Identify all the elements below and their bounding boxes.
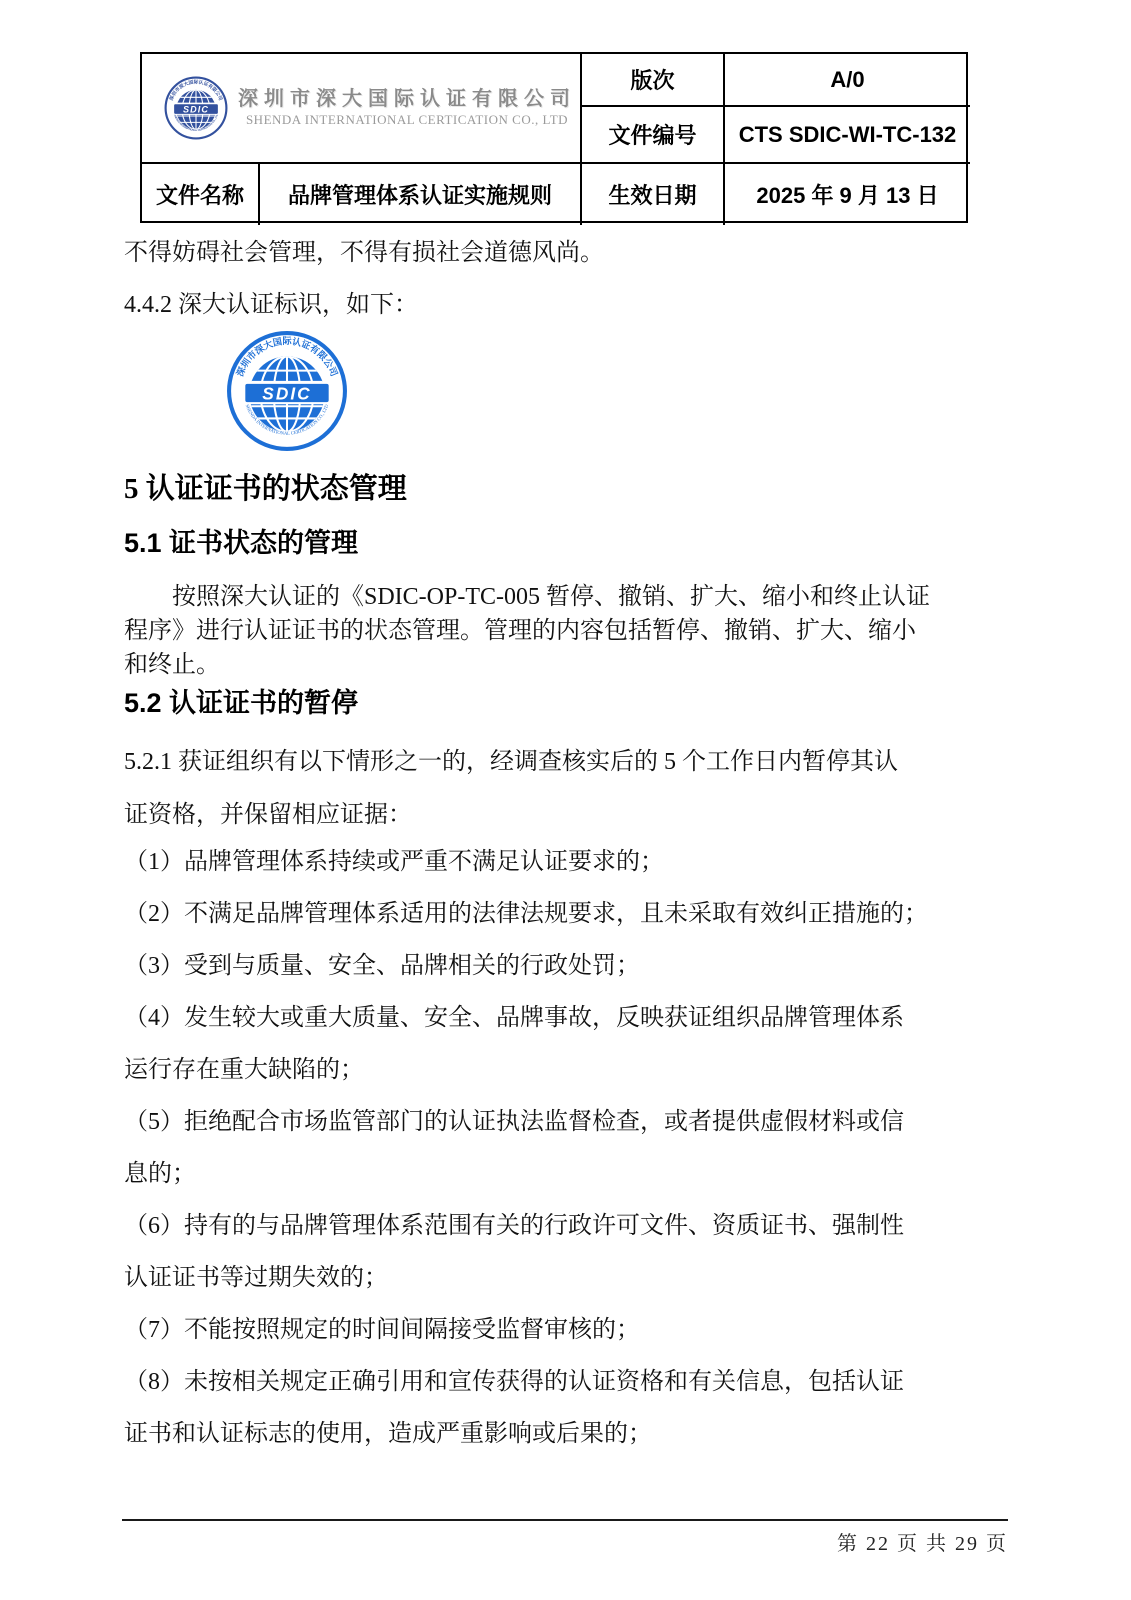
sdic-certification-mark-icon: 深圳市深大国际认证有限公司 SHENDA INTERNATIONAL CERTI… <box>226 330 348 452</box>
section-5-1-title: 5.1 证书状态的管理 <box>124 521 358 560</box>
document-page: 深圳市深大国际认证有限公司 SHENDA INTERNATIONAL CERTI… <box>0 0 1131 1600</box>
clause-4-4-2: 4.4.2 深大认证标识，如下： <box>124 284 1008 319</box>
doc-name-value: 品牌管理体系认证实施规则 <box>260 164 582 225</box>
list-item: （6）持有的与品牌管理体系范围有关的行政许可文件、资质证书、强制性 认证证书等过… <box>124 1200 1014 1304</box>
list-item: （8）未按相关规定正确引用和宣传获得的认证资格和有关信息，包括认证 证书和认证标… <box>124 1356 1014 1460</box>
doc-number-label: 文件编号 <box>582 107 725 164</box>
list-item: （3）受到与质量、安全、品牌相关的行政处罚； <box>124 940 1014 992</box>
company-names: 深圳市深大国际认证有限公司 SHENDA INTERNATIONAL CERTI… <box>238 87 576 128</box>
list-item: （7）不能按照规定的时间间隔接受监督审核的； <box>124 1304 1014 1356</box>
page-number: 第 22 页 共 29 页 <box>837 1533 1008 1555</box>
company-logo-cell: 深圳市深大国际认证有限公司 SHENDA INTERNATIONAL CERTI… <box>142 54 582 164</box>
list-item: （4）发生较大或重大质量、安全、品牌事故，反映获证组织品牌管理体系 运行存在重大… <box>124 992 1014 1096</box>
page-footer: 第 22 页 共 29 页 <box>122 1519 1008 1556</box>
version-value: A/0 <box>725 54 970 107</box>
version-label: 版次 <box>582 54 725 107</box>
section-5-title: 5 认证证书的状态管理 <box>124 466 407 507</box>
effective-date-label: 生效日期 <box>582 164 725 225</box>
logo-sdic-text: SDIC <box>183 105 209 115</box>
paragraph-intro: 不得妨碍社会管理，不得有损社会道德风尚。 <box>124 232 1008 267</box>
company-name-cn: 深圳市深大国际认证有限公司 <box>238 87 576 112</box>
header-table: 深圳市深大国际认证有限公司 SHENDA INTERNATIONAL CERTI… <box>140 52 968 223</box>
effective-date-value: 2025 年 9 月 13 日 <box>725 164 970 225</box>
section-5-1-paragraph: 按照深大认证的《SDIC-OP-TC-005 暂停、撤销、扩大、缩小和终止认证 … <box>124 580 1012 682</box>
clause-5-2-1: 5.2.1 获证组织有以下情形之一的，经调查核实后的 5 个工作日内暂停其认 证… <box>124 736 1012 842</box>
suspension-conditions-list: （1）品牌管理体系持续或严重不满足认证要求的； （2）不满足品牌管理体系适用的法… <box>124 836 1014 1460</box>
logo-sdic-text: SDIC <box>262 384 311 404</box>
list-item: （2）不满足品牌管理体系适用的法律法规要求，且未采取有效纠正措施的； <box>124 888 1014 940</box>
doc-name-label: 文件名称 <box>142 164 260 225</box>
list-item: （5）拒绝配合市场监管部门的认证执法监督检查，或者提供虚假材料或信 息的； <box>124 1096 1014 1200</box>
doc-number-value: CTS SDIC-WI-TC-132 <box>725 107 970 164</box>
company-name-en: SHENDA INTERNATIONAL CERTICATION CO., LT… <box>238 112 576 128</box>
sdic-logo-icon: 深圳市深大国际认证有限公司 SHENDA INTERNATIONAL CERTI… <box>164 76 228 140</box>
list-item: （1）品牌管理体系持续或严重不满足认证要求的； <box>124 836 1014 888</box>
section-5-2-title: 5.2 认证证书的暂停 <box>124 681 358 720</box>
